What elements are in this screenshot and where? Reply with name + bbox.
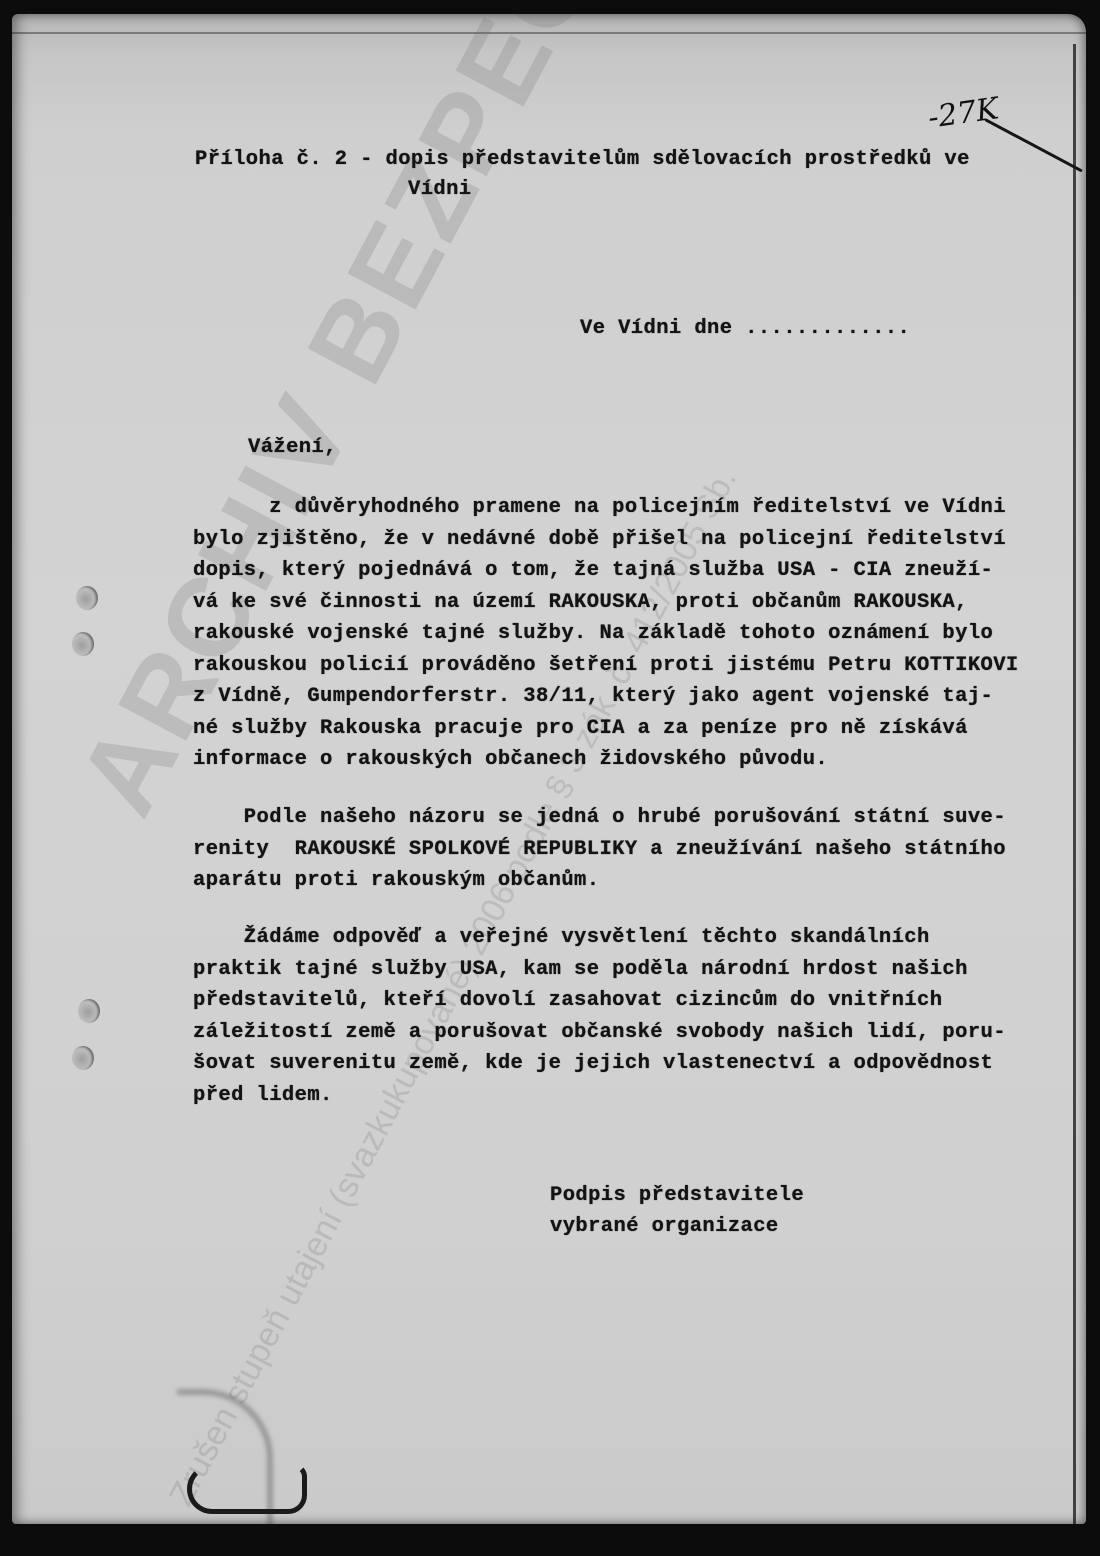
text-line: Žádáme odpověď a veřejné vysvětlení těch… (193, 922, 1053, 954)
text-line: dopis, který pojednává o tom, že tajná s… (193, 555, 1053, 587)
typed-letter: Příloha č. 2 - dopis představitelům sděl… (0, 0, 1100, 1556)
text-line: z Vídně, Gumpendorferstr. 38/11, který j… (193, 681, 1053, 713)
place-date-line: Ve Vídni dne ............. (580, 317, 910, 340)
signature-line-1: Podpis představitele (550, 1180, 804, 1211)
salutation: Vážení, (248, 436, 337, 459)
title-line-1: Příloha č. 2 - dopis představitelům sděl… (195, 148, 970, 171)
text-line: před lidem. (193, 1080, 1053, 1112)
text-line: bylo zjištěno, že v nedávné době přišel … (193, 524, 1053, 556)
text-line: renity RAKOUSKÉ SPOLKOVÉ REPUBLIKY a zne… (193, 834, 1053, 866)
text-line: představitelů, kteří dovolí zasahovat ci… (193, 985, 1053, 1017)
text-line: aparátu proti rakouským občanům. (193, 865, 1053, 897)
text-line: z důvěryhodného pramene na policejním ře… (193, 492, 1053, 524)
text-line: Podle našeho názoru se jedná o hrubé por… (193, 802, 1053, 834)
text-line: záležitostí země a porušovat občanské sv… (193, 1017, 1053, 1049)
title-line-2: Vídni (195, 175, 1055, 205)
text-line: praktik tajné služby USA, kam se poděla … (193, 954, 1053, 986)
paragraph-3: Žádáme odpověď a veřejné vysvětlení těch… (193, 922, 1053, 1111)
paragraph-1: z důvěryhodného pramene na policejním ře… (193, 492, 1053, 776)
document-title: Příloha č. 2 - dopis představitelům sděl… (195, 145, 1055, 205)
signature-block: Podpis představitele vybrané organizace (550, 1180, 804, 1242)
text-line: rakouské vojenské tajné služby. Na zákla… (193, 618, 1053, 650)
text-line: rakouskou policií prováděno šetření prot… (193, 650, 1053, 682)
text-line: šovat suverenitu země, kde je jejich vla… (193, 1048, 1053, 1080)
paragraph-2: Podle našeho názoru se jedná o hrubé por… (193, 802, 1053, 897)
text-line: vá ke své činnosti na území RAKOUSKA, pr… (193, 587, 1053, 619)
text-line: informace o rakouských občanech židovské… (193, 744, 1053, 776)
signature-line-2: vybrané organizace (550, 1211, 804, 1242)
text-line: né služby Rakouska pracuje pro CIA a za … (193, 713, 1053, 745)
